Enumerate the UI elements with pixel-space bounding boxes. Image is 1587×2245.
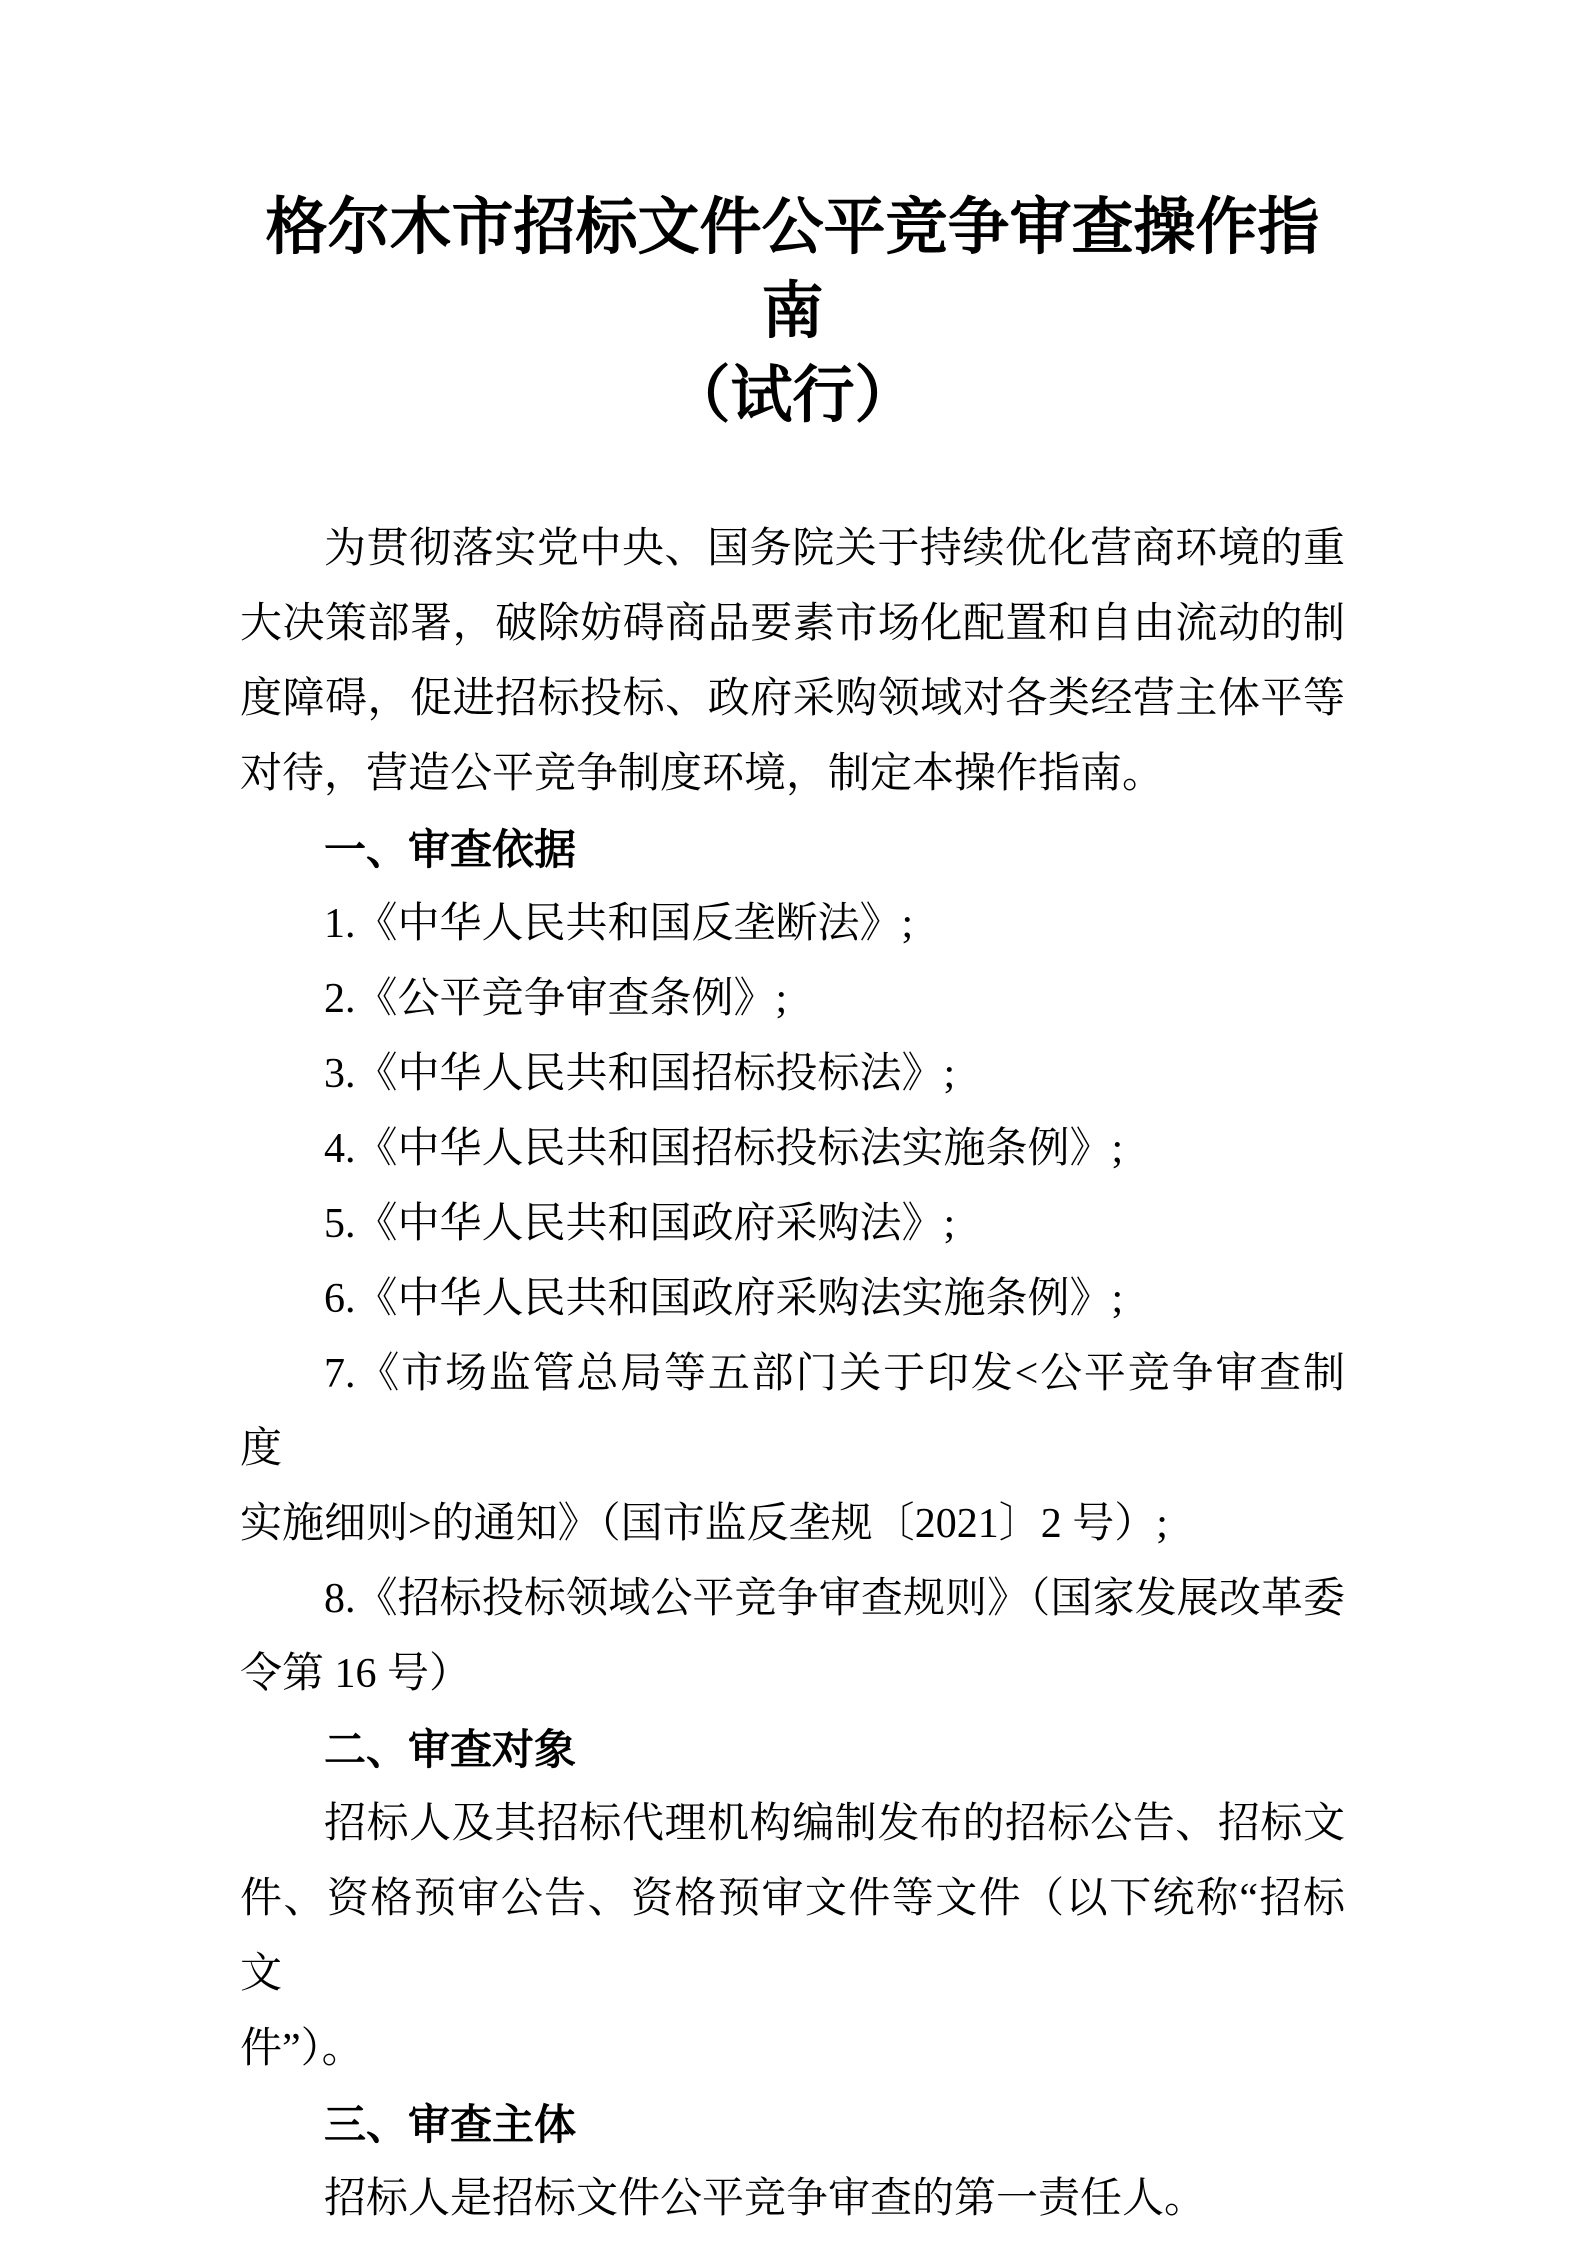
text-line: 6.《中华人民共和国政府采购法实施条例》; [240, 1262, 1345, 1337]
text-line: 件、资格预审公告、资格预审文件等文件（以下统称“招标文 [240, 1862, 1345, 2012]
section-heading: 一、审查依据 [240, 812, 1345, 887]
text-line: 5.《中华人民共和国政府采购法》; [240, 1187, 1345, 1262]
text-line: 件”）。 [240, 2012, 1345, 2087]
text-line: 7.《市场监管总局等五部门关于印发<公平竞争审查制度 [240, 1337, 1345, 1487]
text-line: 招标人及其招标代理机构编制发布的招标公告、招标文 [240, 1787, 1345, 1862]
intro-line: 大决策部署，破除妨碍商品要素市场化配置和自由流动的制 [240, 587, 1345, 662]
text-line: 8.《招标投标领域公平竞争审查规则》（国家发展改革委 [240, 1562, 1345, 1637]
text-line: 4.《中华人民共和国招标投标法实施条例》; [240, 1112, 1345, 1187]
text-line: 实施细则>的通知》（国市监反垄规〔2021〕2 号）; [240, 1487, 1345, 1562]
intro-line: 对待，营造公平竞争制度环境，制定本操作指南。 [240, 737, 1345, 812]
intro-line: 为贯彻落实党中央、国务院关于持续优化营商环境的重 [240, 512, 1345, 587]
text-line: 招标人是招标文件公平竞争审查的第一责任人。 [240, 2162, 1345, 2237]
section-heading: 三、审查主体 [240, 2087, 1345, 2162]
text-line: 令第 16 号） [240, 1637, 1345, 1712]
document-title: 格尔木市招标文件公平竞争审查操作指南 （试行） [240, 186, 1345, 438]
document-title-line-1: 格尔木市招标文件公平竞争审查操作指南 [240, 186, 1345, 354]
document-title-line-2: （试行） [240, 354, 1345, 438]
document-page: 格尔木市招标文件公平竞争审查操作指南 （试行） 为贯彻落实党中央、国务院关于持续… [0, 0, 1587, 2245]
text-line: 1.《中华人民共和国反垄断法》; [240, 887, 1345, 962]
intro-line: 度障碍，促进招标投标、政府采购领域对各类经营主体平等 [240, 662, 1345, 737]
text-line: 2.《公平竞争审查条例》; [240, 962, 1345, 1037]
section-heading: 二、审查对象 [240, 1712, 1345, 1787]
text-line: 3.《中华人民共和国招标投标法》; [240, 1037, 1345, 1112]
document-body: 为贯彻落实党中央、国务院关于持续优化营商环境的重大决策部署，破除妨碍商品要素市场… [240, 512, 1345, 2237]
